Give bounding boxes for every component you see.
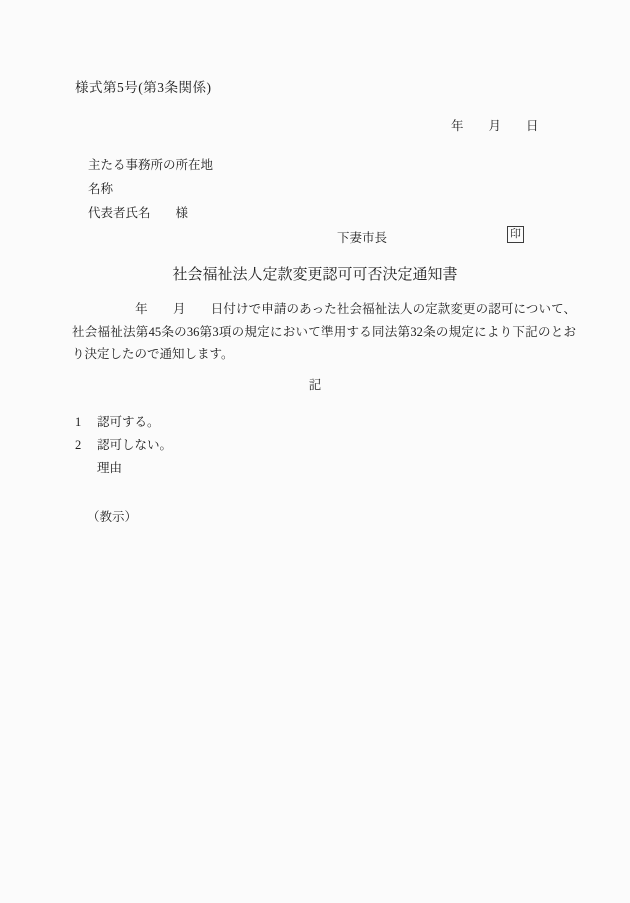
document-page: 様式第5号(第3条関係) 年 月 日 主たる事務所の所在地 名称 代表者氏名 様… (0, 0, 630, 903)
seal-placeholder-box: 印 (507, 226, 524, 243)
recipient-name-label: 名称 (88, 181, 113, 197)
document-title: 社会福祉法人定款変更認可可否決定通知書 (0, 266, 630, 286)
decision-item-number: 1 (75, 411, 97, 434)
recipient-representative-label: 代表者氏名 様 (88, 205, 188, 221)
decision-item-label: 認可しない。 (97, 434, 172, 457)
date-line: 年 月 日 (451, 118, 539, 134)
instruction-note: （教示） (87, 509, 137, 525)
decision-list: 1 認可する。 2 認可しない。 理由 (75, 411, 172, 480)
form-number: 様式第5号(第3条関係) (75, 79, 212, 97)
sender-mayor-title: 下妻市長 (337, 230, 387, 246)
decision-item-number (75, 457, 97, 480)
decision-item-reason: 理由 (75, 457, 172, 480)
decision-item-reject: 2 認可しない。 (75, 434, 172, 457)
decision-item-approve: 1 認可する。 (75, 411, 172, 434)
decision-item-number: 2 (75, 434, 97, 457)
recipient-address-label: 主たる事務所の所在地 (88, 157, 213, 173)
decision-item-label: 認可する。 (97, 411, 160, 434)
body-paragraph: 年 月 日付けで申請のあった社会福祉法人の定款変更の認可について、社会福祉法第4… (72, 298, 576, 366)
record-marker: 記 (0, 377, 630, 393)
decision-item-label: 理由 (97, 457, 122, 480)
